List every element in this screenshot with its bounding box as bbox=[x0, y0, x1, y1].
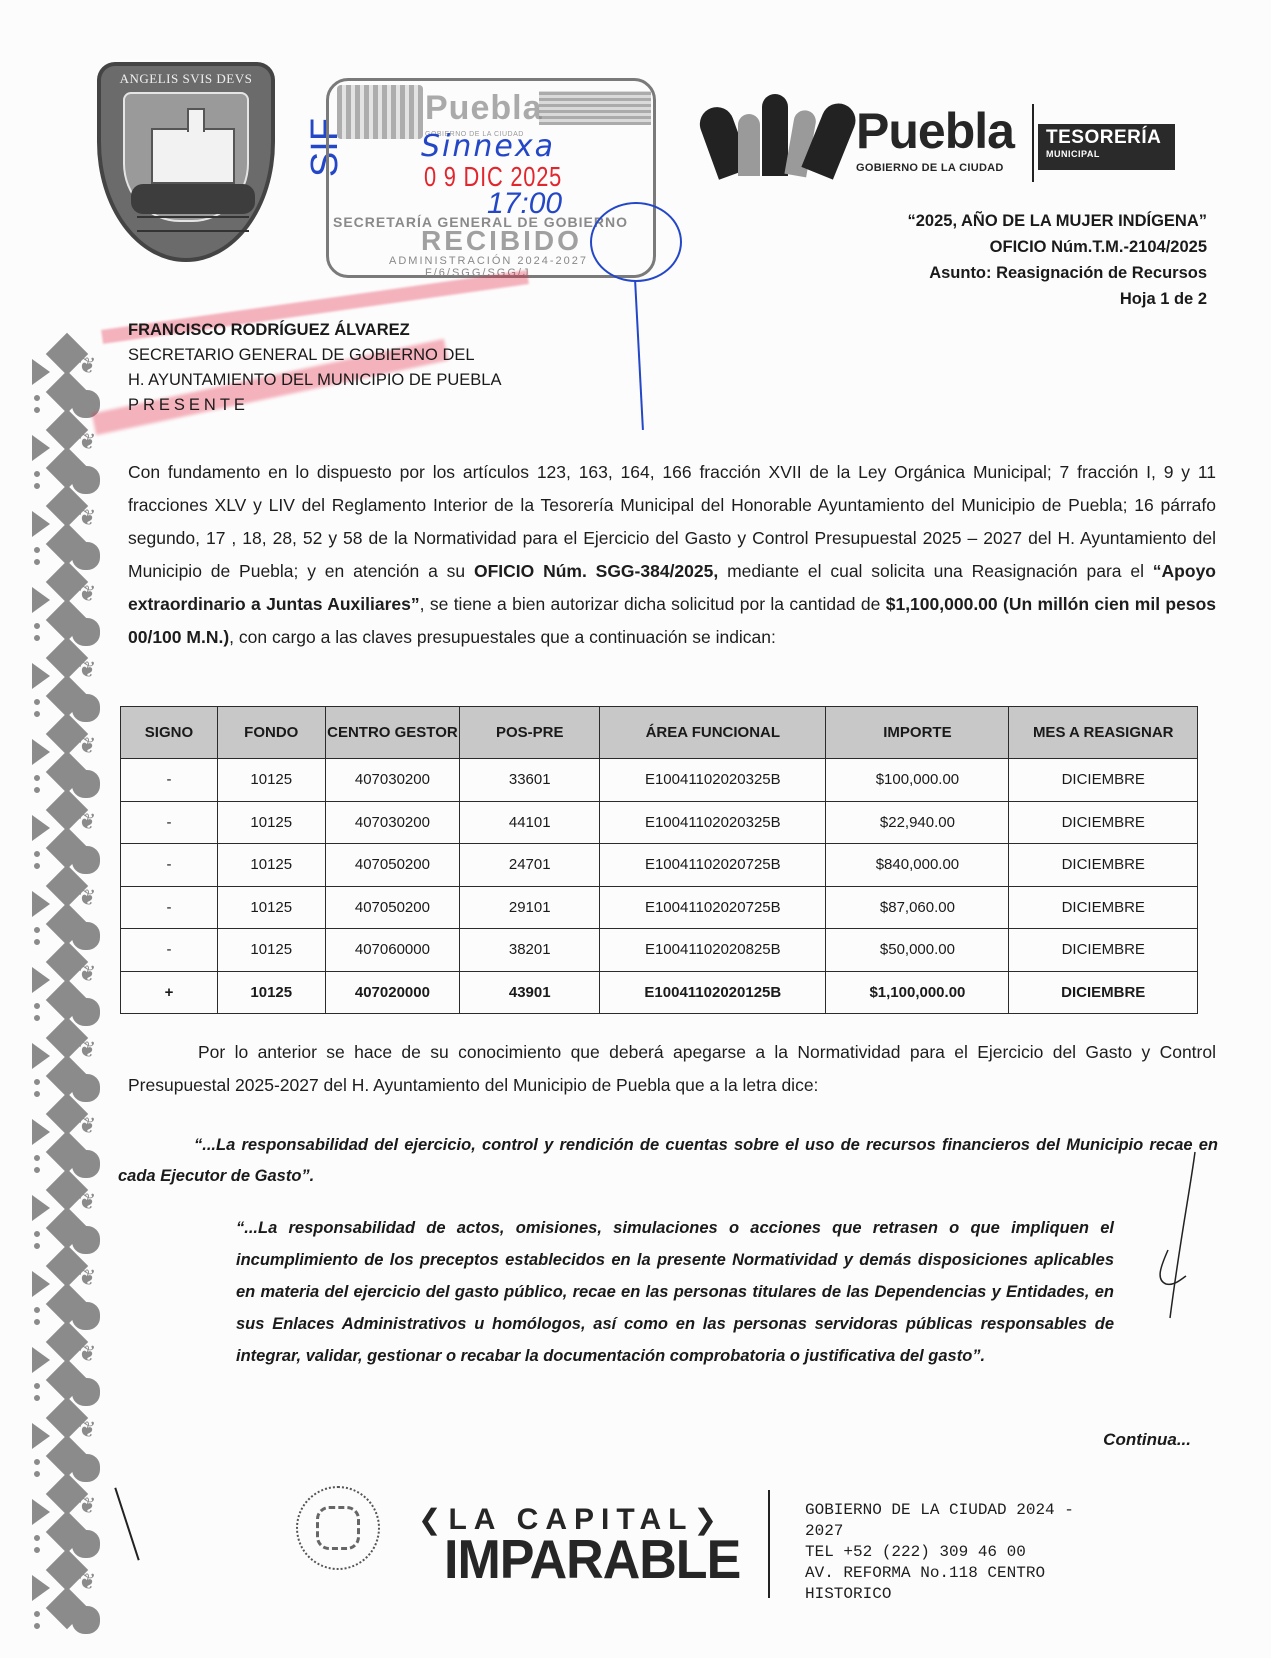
table-cell: DICIEMBRE bbox=[1009, 886, 1198, 929]
table-cell: 33601 bbox=[460, 759, 600, 802]
border-motif: ❦ bbox=[30, 411, 100, 487]
norma-igualdad-logo bbox=[296, 1486, 380, 1570]
table-row: -1012540706000038201E10041102020825B$50,… bbox=[121, 929, 1198, 972]
table-cell: 44101 bbox=[460, 801, 600, 844]
legal-quote-1: “...La responsabilidad del ejercicio, co… bbox=[118, 1130, 1218, 1192]
handwritten-circle-mark bbox=[590, 202, 682, 282]
border-motif: ❦ bbox=[30, 1095, 100, 1171]
table-row: +1012540702000043901E10041102020125B$1,1… bbox=[121, 971, 1198, 1014]
handwritten-mark bbox=[114, 1488, 139, 1561]
table-cell: 407050200 bbox=[325, 886, 460, 929]
table-cell: E10041102020125B bbox=[600, 971, 826, 1014]
table-cell: E10041102020725B bbox=[600, 886, 826, 929]
recipient-title-line1: SECRETARIO GENERAL DE GOBIERNO DEL bbox=[128, 343, 501, 368]
border-motif: ❦ bbox=[30, 1399, 100, 1475]
body-paragraph-1: Con fundamento en lo dispuesto por los a… bbox=[128, 456, 1216, 654]
subject-line: Asunto: Reasignación de Recursos bbox=[908, 260, 1208, 286]
body-paragraph-2: Por lo anterior se hace de su conocimien… bbox=[128, 1036, 1216, 1102]
table-cell: 43901 bbox=[460, 971, 600, 1014]
handwritten-signature bbox=[1150, 1150, 1200, 1320]
handwritten-line-mark bbox=[634, 280, 644, 430]
table-cell: E10041102020725B bbox=[600, 844, 826, 887]
table-cell: - bbox=[121, 801, 218, 844]
seal-base-icon bbox=[131, 184, 255, 214]
table-cell: 38201 bbox=[460, 929, 600, 972]
border-motif: ❦ bbox=[30, 791, 100, 867]
page-indicator: Hoja 1 de 2 bbox=[908, 286, 1208, 312]
seal-waves-icon bbox=[137, 216, 249, 232]
table-cell: DICIEMBRE bbox=[1009, 759, 1198, 802]
footer-divider bbox=[768, 1490, 770, 1598]
table-cell: - bbox=[121, 844, 218, 887]
table-row: -1012540703020044101E10041102020325B$22,… bbox=[121, 801, 1198, 844]
table-cell: 407030200 bbox=[325, 759, 460, 802]
table-cell: 407050200 bbox=[325, 844, 460, 887]
table-cell: 24701 bbox=[460, 844, 600, 887]
recipient-name: FRANCISCO RODRÍGUEZ ÁLVAREZ bbox=[128, 318, 501, 343]
border-motif: ❦ bbox=[30, 1247, 100, 1323]
p1-text: , se tiene a bien autorizar dicha solici… bbox=[420, 594, 886, 614]
table-cell: $100,000.00 bbox=[826, 759, 1009, 802]
stamp-handwritten-name: Sinnexa bbox=[421, 129, 555, 164]
border-motif: ❦ bbox=[30, 639, 100, 715]
stamp-logo-icon bbox=[337, 85, 423, 139]
table-header-row: SIGNO FONDO CENTRO GESTOR POS-PRE ÁREA F… bbox=[121, 707, 1198, 759]
year-motto: “2025, AÑO DE LA MUJER INDÍGENA” bbox=[908, 208, 1208, 234]
office-number: OFICIO Núm.T.M.-2104/2025 bbox=[908, 234, 1208, 260]
salutation: PRESENTE bbox=[128, 393, 501, 418]
border-motif: ❦ bbox=[30, 715, 100, 791]
recipient-block: FRANCISCO RODRÍGUEZ ÁLVAREZ SECRETARIO G… bbox=[128, 318, 501, 418]
table-cell: - bbox=[121, 759, 218, 802]
stamp-administration: ADMINISTRACIÓN 2024-2027 bbox=[389, 255, 588, 267]
table-cell: 10125 bbox=[217, 929, 325, 972]
border-motif: ❦ bbox=[30, 943, 100, 1019]
seal-shield bbox=[123, 92, 249, 222]
table-cell: E10041102020825B bbox=[600, 929, 826, 972]
border-motif: ❦ bbox=[30, 1475, 100, 1551]
table-cell: 10125 bbox=[217, 801, 325, 844]
table-cell: $87,060.00 bbox=[826, 886, 1009, 929]
border-motif: ❦ bbox=[30, 1019, 100, 1095]
table-cell: 10125 bbox=[217, 971, 325, 1014]
table-cell: - bbox=[121, 886, 218, 929]
puebla-logo-subtitle: GOBIERNO DE LA CIUDAD bbox=[856, 162, 1004, 174]
table-cell: 10125 bbox=[217, 886, 325, 929]
table-cell: DICIEMBRE bbox=[1009, 844, 1198, 887]
tesoreria-title: TESORERÍA bbox=[1046, 128, 1167, 149]
table-cell: DICIEMBRE bbox=[1009, 801, 1198, 844]
table-cell: $22,940.00 bbox=[826, 801, 1009, 844]
table-cell: 10125 bbox=[217, 844, 325, 887]
table-cell: E10041102020325B bbox=[600, 801, 826, 844]
stamp-status: RECIBIDO bbox=[421, 225, 582, 257]
border-motif: ❦ bbox=[30, 1171, 100, 1247]
slogan-bottom: IMPARABLE bbox=[444, 1529, 740, 1592]
reference-office: OFICIO Núm. SGG-384/2025, bbox=[474, 561, 718, 581]
table-row: -1012540705020029101E10041102020725B$87,… bbox=[121, 886, 1198, 929]
column-header: FONDO bbox=[217, 707, 325, 759]
table-cell: 407020000 bbox=[325, 971, 460, 1014]
stamp-brand-bar bbox=[539, 91, 651, 125]
tesoreria-subtitle: MUNICIPAL bbox=[1046, 149, 1167, 159]
table-cell: 407060000 bbox=[325, 929, 460, 972]
legal-quote-2: “...La responsabilidad de actos, omision… bbox=[236, 1212, 1114, 1372]
continues-label: Continua... bbox=[1103, 1430, 1191, 1450]
p1-text: mediante el cual solicita una Reasignaci… bbox=[718, 561, 1153, 581]
table-cell: 10125 bbox=[217, 759, 325, 802]
border-motif: ❦ bbox=[30, 867, 100, 943]
table-cell: 407030200 bbox=[325, 801, 460, 844]
table-cell: + bbox=[121, 971, 218, 1014]
hexagon-icon bbox=[316, 1506, 360, 1550]
document-header-info: “2025, AÑO DE LA MUJER INDÍGENA” OFICIO … bbox=[908, 208, 1208, 312]
logo-divider bbox=[1032, 104, 1034, 182]
table-cell: E10041102020325B bbox=[600, 759, 826, 802]
column-header: CENTRO GESTOR bbox=[325, 707, 460, 759]
border-motif: ❦ bbox=[30, 487, 100, 563]
puebla-logo-wordmark: Puebla bbox=[856, 102, 1014, 160]
column-header: MES A REASIGNAR bbox=[1009, 707, 1198, 759]
tesoreria-badge: TESORERÍA MUNICIPAL bbox=[1038, 124, 1175, 170]
recipient-title-line2: H. AYUNTAMIENTO DEL MUNICIPIO DE PUEBLA bbox=[128, 368, 501, 393]
table-cell: DICIEMBRE bbox=[1009, 971, 1198, 1014]
footer-contact-address: GOBIERNO DE LA CIUDAD 2024 - 2027 TEL +5… bbox=[805, 1500, 1074, 1605]
column-header: IMPORTE bbox=[826, 707, 1009, 759]
table-cell: 29101 bbox=[460, 886, 600, 929]
border-motif: ❦ bbox=[30, 335, 100, 411]
decorative-side-border: ❦❦❦❦❦❦❦❦❦❦❦❦❦❦❦❦❦ bbox=[30, 335, 100, 1630]
table-cell: $840,000.00 bbox=[826, 844, 1009, 887]
column-header: POS-PRE bbox=[460, 707, 600, 759]
p1-text: , con cargo a las claves presupuestales … bbox=[229, 627, 776, 647]
seal-motto: ANGELIS SVIS DEVS bbox=[101, 71, 271, 87]
puebla-logo-icon bbox=[706, 90, 854, 176]
budget-table: SIGNO FONDO CENTRO GESTOR POS-PRE ÁREA F… bbox=[120, 706, 1198, 1014]
table-row: -1012540705020024701E10041102020725B$840… bbox=[121, 844, 1198, 887]
seal-building-icon bbox=[151, 128, 235, 184]
column-header: ÁREA FUNCIONAL bbox=[600, 707, 826, 759]
column-header: SIGNO bbox=[121, 707, 218, 759]
table-row: -1012540703020033601E10041102020325B$100… bbox=[121, 759, 1198, 802]
border-motif: ❦ bbox=[30, 563, 100, 639]
table-cell: - bbox=[121, 929, 218, 972]
table-cell: $1,100,000.00 bbox=[826, 971, 1009, 1014]
table-cell: $50,000.00 bbox=[826, 929, 1009, 972]
border-motif: ❦ bbox=[30, 1551, 100, 1627]
stamp-brand: Puebla bbox=[425, 89, 542, 128]
border-motif: ❦ bbox=[30, 1323, 100, 1399]
municipal-coat-of-arms: ANGELIS SVIS DEVS bbox=[97, 62, 275, 262]
table-cell: DICIEMBRE bbox=[1009, 929, 1198, 972]
